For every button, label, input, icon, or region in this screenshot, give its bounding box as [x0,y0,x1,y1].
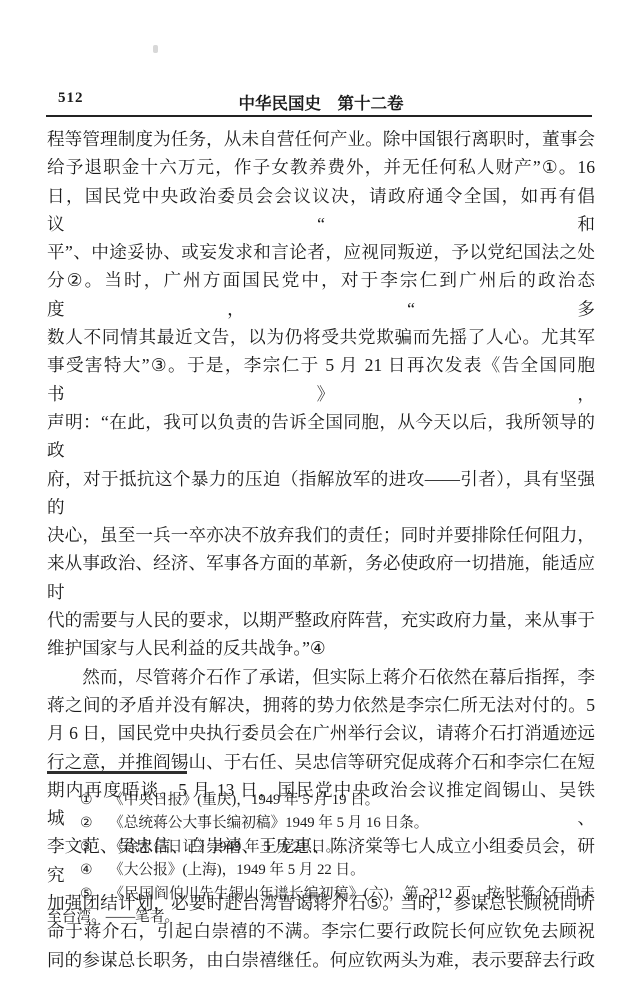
footnote: ②《总统蒋公大事长编初稿》1949 年 5 月 16 日条。 [47,812,595,835]
text-line: 决心，虽至一兵一卒亦决不放弃我们的责任；同时并要排除任何阻力， [47,521,595,549]
text-line: 同的参谋总长职务，由白崇禧继任。何应钦两头为难，表示要辞去行政 [47,946,595,974]
scan-speck [153,45,158,53]
footnote: ④《大公报》(上海)，1949 年 5 月 22 日。 [47,859,595,882]
text-line: 事受害特大”③。于是，李宗仁于 5 月 21 日再次发表《告全国同胞书》， [47,351,595,408]
text-line: 程等管理制度为任务，从未自营任何产业。除中国银行离职时，董事会 [47,125,595,153]
page-header: 512 中华民国史 第十二卷 [47,90,595,110]
text-line: 蒋之间的矛盾并没有解决，拥蒋的势力依然是李宗仁所无法对付的。5 [47,691,595,719]
text-line: 府，对于抵抗这个暴力的压迫（指解放军的进攻——引者），具有坚强的 [47,465,595,522]
text-line: 给予退职金十六万元，作子女教养费外，并无任何私人财产”①。16 [47,153,595,181]
footnote-text: 《总统蒋公大事长编初稿》1949 年 5 月 16 日条。 [109,815,428,831]
footnote-separator [47,771,187,774]
text-line: 数人不同情其最近文告，以为仍将受共党欺骗而先摇了人心。尤其军 [47,323,595,351]
text-line: 维护国家与人民利益的反共战争。”④ [47,634,595,662]
footnote-marker: ③ [80,837,100,859]
text-line: 平”、中途妥协、或妄发求和言论者，应视同叛逆，予以党纪国法之处 [47,238,595,266]
footnote-text: 《大公报》(上海)，1949 年 5 月 22 日。 [109,862,365,878]
text-line: 日，国民党中央政治委员会会议议决，请政府通令全国，如再有倡议“和 [47,182,595,239]
footnote-marker: ④ [80,860,100,882]
footnote-text: 《中央日报》(重庆)，1949 年 5 月 19 日。 [109,792,380,808]
book-page: 512 中华民国史 第十二卷 程等管理制度为任务，从未自营任何产业。除中国银行离… [0,0,644,1000]
text-line: 月 6 日，国民党中央执行委员会在广州举行会议，请蒋介石打消遁迹远 [47,719,595,747]
footnotes: ①《中央日报》(重庆)，1949 年 5 月 19 日。 ②《总统蒋公大事长编初… [47,789,595,928]
footnote-text: 《民国阎伯川先生锡山年谱长编初稿》(六)，第 2312 页。按:时蒋介石尚未 [109,886,595,902]
footnote: ①《中央日报》(重庆)，1949 年 5 月 19 日。 [47,789,595,812]
footnote: ⑤《民国阎伯川先生锡山年谱长编初稿》(六)，第 2312 页。按:时蒋介石尚未 [47,883,595,906]
paragraph: 程等管理制度为任务，从未自营任何产业。除中国银行离职时，董事会 给予退职金十六万… [47,125,595,663]
footnote: ③《徐永昌日记》1949 年 5 月 21 日。 [47,836,595,859]
text-line: 然而，尽管蒋介石作了承诺，但实际上蒋介石依然在幕后指挥，李 [47,663,595,691]
footnote-continuation: 至台湾。——笔者。 [47,906,595,928]
footnote-marker: ① [80,790,100,812]
text-line: 代的需要与人民的要求，以期严整政府阵营，充实政府力量，来从事于 [47,606,595,634]
header-rule [46,115,592,117]
text-line: 分②。当时，广州方面国民党中，对于李宗仁到广州后的政治态度，“多 [47,266,595,323]
running-title: 中华民国史 第十二卷 [47,90,595,114]
text-line: 声明：“在此，我可以负责的告诉全国同胞，从今天以后，我所领导的政 [47,408,595,465]
text-line: 来从事政治、经济、军事各方面的革新，务必使政府一切措施，能适应时 [47,549,595,606]
footnote-marker: ② [80,813,100,835]
footnote-marker: ⑤ [80,884,100,906]
footnote-text: 《徐永昌日记》1949 年 5 月 21 日。 [109,839,340,855]
